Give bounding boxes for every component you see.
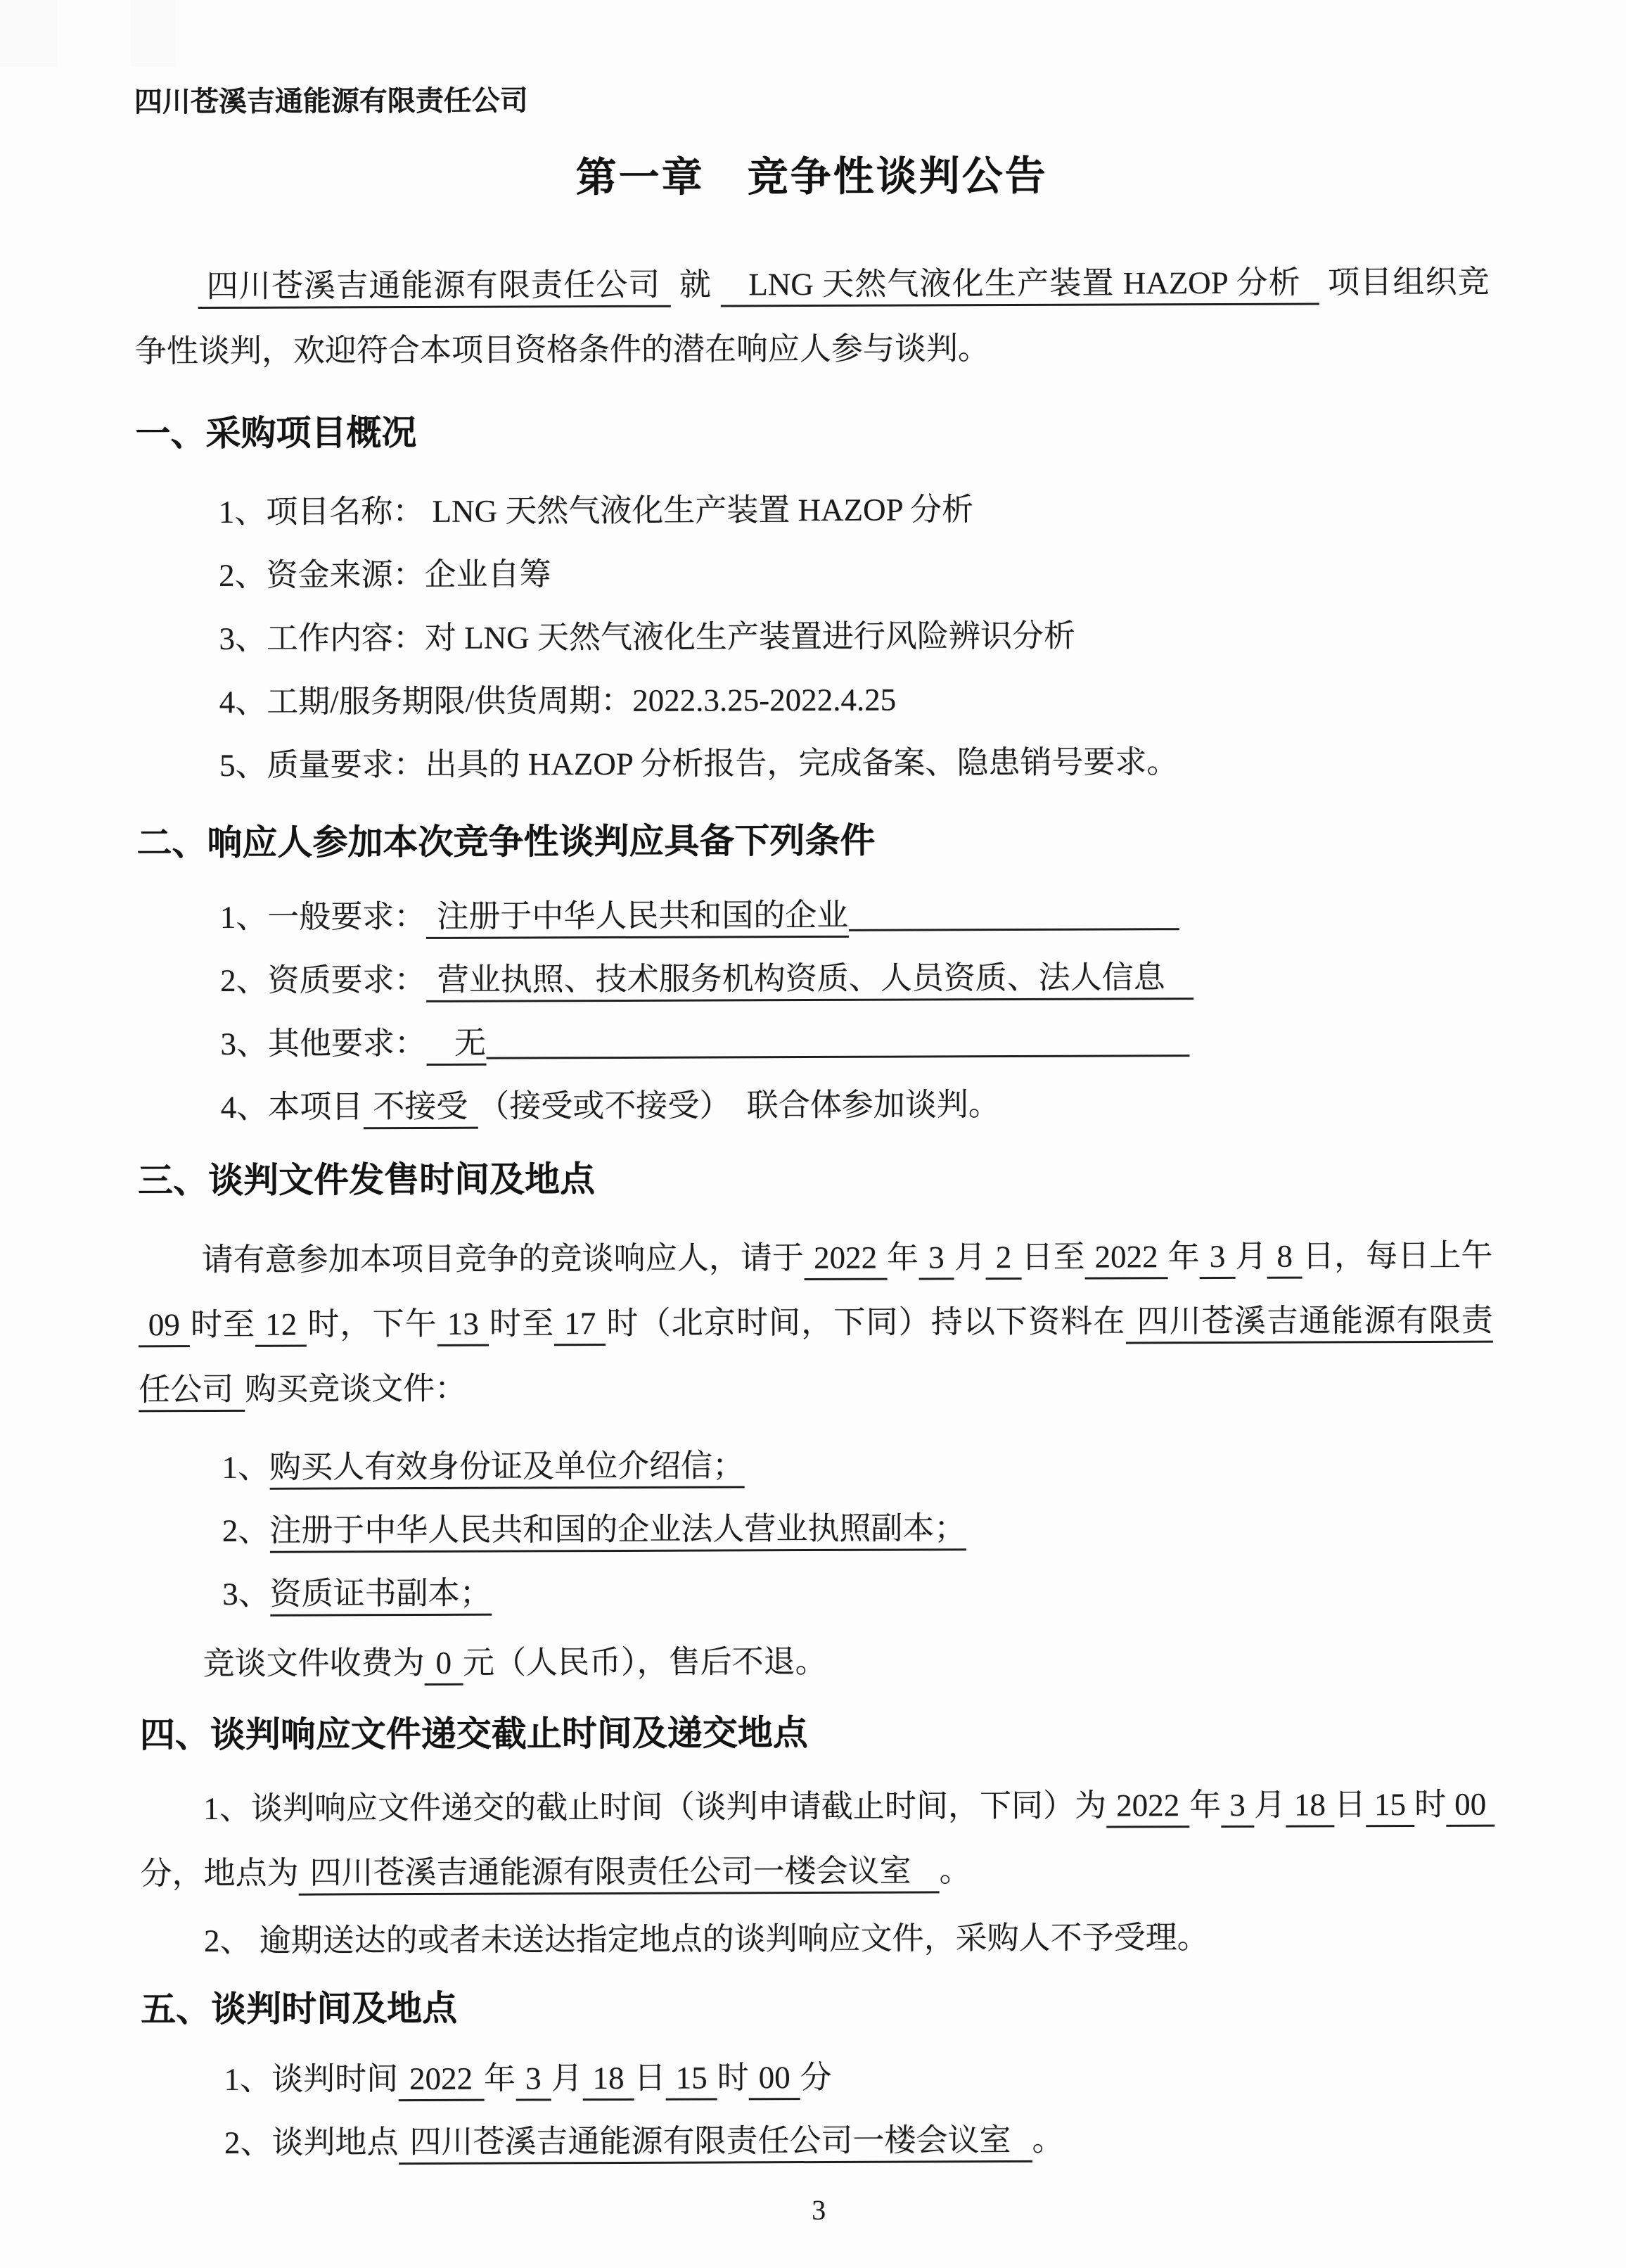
text-segment: 时至 bbox=[190, 1307, 256, 1342]
filled-blank: 15 bbox=[1366, 1787, 1414, 1827]
text-segment: 1、一般要求： bbox=[220, 899, 426, 935]
filled-blank: 四川苍溪吉通能源有限责任公司一楼会议室 bbox=[398, 2122, 1032, 2165]
document-fee-line: 竞谈文件收费为0元（人民币），售后不退。 bbox=[139, 1627, 1494, 1697]
section-2-list: 1、一般要求：注册于中华人民共和国的企业 2、资质要求：营业执照、技术服务机构资… bbox=[220, 881, 1492, 1139]
list-item-quality-requirement: 5、质量要求：出具的 HAZOP 分析报告，完成备案、隐患销号要求。 bbox=[219, 730, 1491, 797]
text-segment: 1、 bbox=[222, 1450, 269, 1485]
filled-blank: 2022 bbox=[1106, 1788, 1189, 1828]
scanned-document-page: 四川苍溪吉通能源有限责任公司 第一章 竞争性谈判公告 四川苍溪吉通能源有限责任公… bbox=[0, 0, 1626, 2268]
filled-blank: 无 bbox=[426, 1026, 486, 1066]
section-1-heading: 一、采购项目概况 bbox=[135, 407, 1490, 456]
text-segment: 日，每日上午 bbox=[1302, 1238, 1493, 1274]
scan-artifact bbox=[131, 0, 176, 67]
document-sale-paragraph: 请有意参加本项目竞争的竞谈响应人，请于2022年3月2日至2022年3月8日，每… bbox=[138, 1223, 1493, 1422]
list-item-consortium-rule: 4、本项目不接受（接受或不接受） 联合体参加谈判。 bbox=[221, 1071, 1492, 1139]
text-segment: 。 bbox=[1032, 2122, 1063, 2158]
list-item-funding-source: 2、资金来源：企业自筹 bbox=[219, 540, 1490, 607]
list-item-work-content: 3、工作内容：对 LNG 天然气液化生产装置进行风险辨识分析 bbox=[219, 603, 1490, 670]
text-segment: 月 bbox=[1235, 1239, 1267, 1274]
filled-blank: 18 bbox=[583, 2060, 634, 2101]
text-segment: 月 bbox=[954, 1240, 986, 1275]
filled-blank: 09 bbox=[139, 1307, 190, 1347]
text-segment: 元（人民币），售后不退。 bbox=[463, 1644, 827, 1681]
filled-blank: 注册于中华人民共和国的企业法人营业执照副本； bbox=[269, 1510, 966, 1553]
text-segment: 日 bbox=[634, 2060, 666, 2096]
list-item-general-requirement: 1、一般要求：注册于中华人民共和国的企业 bbox=[220, 881, 1492, 949]
page-header-company: 四川苍溪吉通能源有限责任公司 bbox=[134, 81, 1489, 120]
list-item-service-period: 4、工期/服务期限/供货周期：2022.3.25-2022.4.25 bbox=[219, 666, 1491, 734]
text-segment: 年 bbox=[887, 1240, 918, 1275]
filled-blank: 8 bbox=[1267, 1239, 1302, 1279]
filled-blank: 15 bbox=[666, 2060, 717, 2100]
text-segment: 时 bbox=[1414, 1787, 1446, 1822]
filled-blank: 不接受 bbox=[363, 1089, 478, 1130]
text-segment: 时至 bbox=[489, 1306, 555, 1341]
section-1-list: 1、项目名称： LNG 天然气液化生产装置 HAZOP 分析 2、资金来源：企业… bbox=[219, 476, 1492, 797]
list-item-negotiation-place: 2、谈判地点四川苍溪吉通能源有限责任公司一楼会议室。 bbox=[224, 2107, 1496, 2174]
section-3-list: 1、购买人有效身份证及单位介绍信； 2、注册于中华人民共和国的企业法人营业执照副… bbox=[222, 1432, 1494, 1626]
section-4-heading: 四、谈判响应文件递交截止时间及递交地点 bbox=[140, 1709, 1494, 1757]
intro-paragraph: 四川苍溪吉通能源有限责任公司 就 LNG 天然气液化生产装置 HAZOP 分析 … bbox=[135, 250, 1490, 384]
text-segment: 就 bbox=[670, 267, 720, 302]
scan-artifact bbox=[0, 0, 58, 67]
text-segment: 月 bbox=[1254, 1788, 1286, 1823]
text-segment: 时 bbox=[717, 2060, 749, 2095]
list-item-business-license: 2、注册于中华人民共和国的企业法人营业执照副本； bbox=[222, 1495, 1494, 1562]
chapter-title: 第一章 竞争性谈判公告 bbox=[134, 150, 1489, 205]
filled-blank: 营业执照、技术服务机构资质、人员资质、法人信息 bbox=[426, 960, 1193, 1002]
filled-blank: 2 bbox=[986, 1240, 1022, 1280]
blank-underline bbox=[486, 1055, 1189, 1059]
filled-blank: 2022 bbox=[1085, 1239, 1168, 1279]
list-item-other-requirement: 3、其他要求：无 bbox=[220, 1008, 1492, 1076]
filled-blank: 2022 bbox=[804, 1240, 887, 1280]
filled-blank: 12 bbox=[255, 1307, 307, 1347]
filled-blank: 购买人有效身份证及单位介绍信； bbox=[269, 1448, 744, 1489]
text-segment: 时，下午 bbox=[307, 1306, 437, 1342]
page-content: 四川苍溪吉通能源有限责任公司 第一章 竞争性谈判公告 四川苍溪吉通能源有限责任公… bbox=[134, 81, 1497, 2230]
text-segment: 日至 bbox=[1021, 1240, 1084, 1275]
late-submission-paragraph: 2、 逾期送达的或者未送达指定地点的谈判响应文件，采购人不予受理。 bbox=[141, 1904, 1495, 1974]
list-item-qualification-requirement: 2、资质要求：营业执照、技术服务机构资质、人员资质、法人信息 bbox=[220, 945, 1492, 1012]
filled-blank: 3 bbox=[1221, 1788, 1254, 1828]
filled-blank: 3 bbox=[516, 2060, 551, 2101]
list-item-negotiation-time: 1、谈判时间2022年3月18日15时00分 bbox=[224, 2044, 1495, 2111]
filled-blank: 2022 bbox=[398, 2061, 484, 2101]
text-segment: 年 bbox=[1189, 1788, 1221, 1823]
text-segment: 购买竞谈文件： bbox=[245, 1371, 466, 1407]
text-segment: 4、本项目 bbox=[221, 1089, 364, 1125]
text-segment: 月 bbox=[551, 2060, 583, 2096]
filled-blank: 注册于中华人民共和国的企业 bbox=[425, 898, 848, 939]
text-segment: 日 bbox=[1334, 1787, 1366, 1822]
text-segment: 1、谈判时间 bbox=[224, 2061, 398, 2097]
filled-blank: 13 bbox=[437, 1306, 489, 1346]
text-segment: 时（北京时间，下同）持以下资料在 bbox=[606, 1304, 1125, 1341]
text-segment: （接受或不接受） 联合体参加谈判。 bbox=[478, 1087, 1000, 1124]
page-number: 3 bbox=[141, 2191, 1496, 2230]
filled-blank: 0 bbox=[424, 1645, 463, 1686]
filled-blank: LNG 天然气液化生产装置 HAZOP 分析 bbox=[720, 265, 1319, 307]
text-segment: 3、 bbox=[222, 1576, 270, 1612]
section-5-list: 1、谈判时间2022年3月18日15时00分 2、谈判地点四川苍溪吉通能源有限责… bbox=[224, 2044, 1496, 2174]
filled-blank: 17 bbox=[554, 1306, 606, 1346]
text-segment: 2、资质要求： bbox=[220, 962, 426, 998]
filled-blank: 18 bbox=[1286, 1787, 1334, 1827]
text-segment: 2、 bbox=[222, 1513, 270, 1548]
filled-blank: 3 bbox=[1200, 1239, 1236, 1279]
text-segment: 2、谈判地点 bbox=[224, 2124, 399, 2160]
text-segment: 分 bbox=[800, 2060, 832, 2095]
submission-deadline-paragraph: 1、谈判响应文件递交的截止时间（谈判申请截止时间，下同）为2022年3月18日1… bbox=[140, 1772, 1495, 1906]
text-segment: 竞谈文件收费为 bbox=[203, 1645, 424, 1681]
text-segment: 。 bbox=[939, 1853, 971, 1888]
filled-blank: 00 bbox=[749, 2060, 800, 2100]
text-segment: 3、其他要求： bbox=[220, 1026, 426, 1062]
filled-blank: 四川苍溪吉通能源有限责任公司一楼会议室 bbox=[298, 1853, 939, 1895]
list-item-qualification-copy: 3、资质证书副本； bbox=[222, 1558, 1494, 1626]
text-segment: 年 bbox=[1168, 1239, 1200, 1274]
filled-blank: 00 bbox=[1446, 1787, 1494, 1827]
list-item-id-certificate: 1、购买人有效身份证及单位介绍信； bbox=[222, 1432, 1493, 1499]
text-segment: 1、谈判响应文件递交的截止时间（谈判申请截止时间，下同）为 bbox=[203, 1788, 1106, 1826]
filled-blank: 3 bbox=[918, 1240, 954, 1280]
section-3-heading: 三、谈判文件发售时间及地点 bbox=[138, 1154, 1492, 1203]
list-item-project-name: 1、项目名称： LNG 天然气液化生产装置 HAZOP 分析 bbox=[219, 476, 1490, 544]
filled-blank: 资质证书副本； bbox=[270, 1576, 492, 1617]
section-2-heading: 二、响应人参加本次竞争性谈判应具备下列条件 bbox=[136, 817, 1491, 865]
blank-underline bbox=[848, 928, 1179, 931]
text-segment: 请有意参加本项目竞争的竞谈响应人，请于 bbox=[201, 1240, 804, 1278]
text-segment: 年 bbox=[484, 2060, 516, 2096]
text-segment: 分，地点为 bbox=[140, 1856, 298, 1892]
section-5-heading: 五、谈判时间及地点 bbox=[141, 1983, 1495, 2032]
filled-blank: 四川苍溪吉通能源有限责任公司 bbox=[198, 267, 671, 309]
